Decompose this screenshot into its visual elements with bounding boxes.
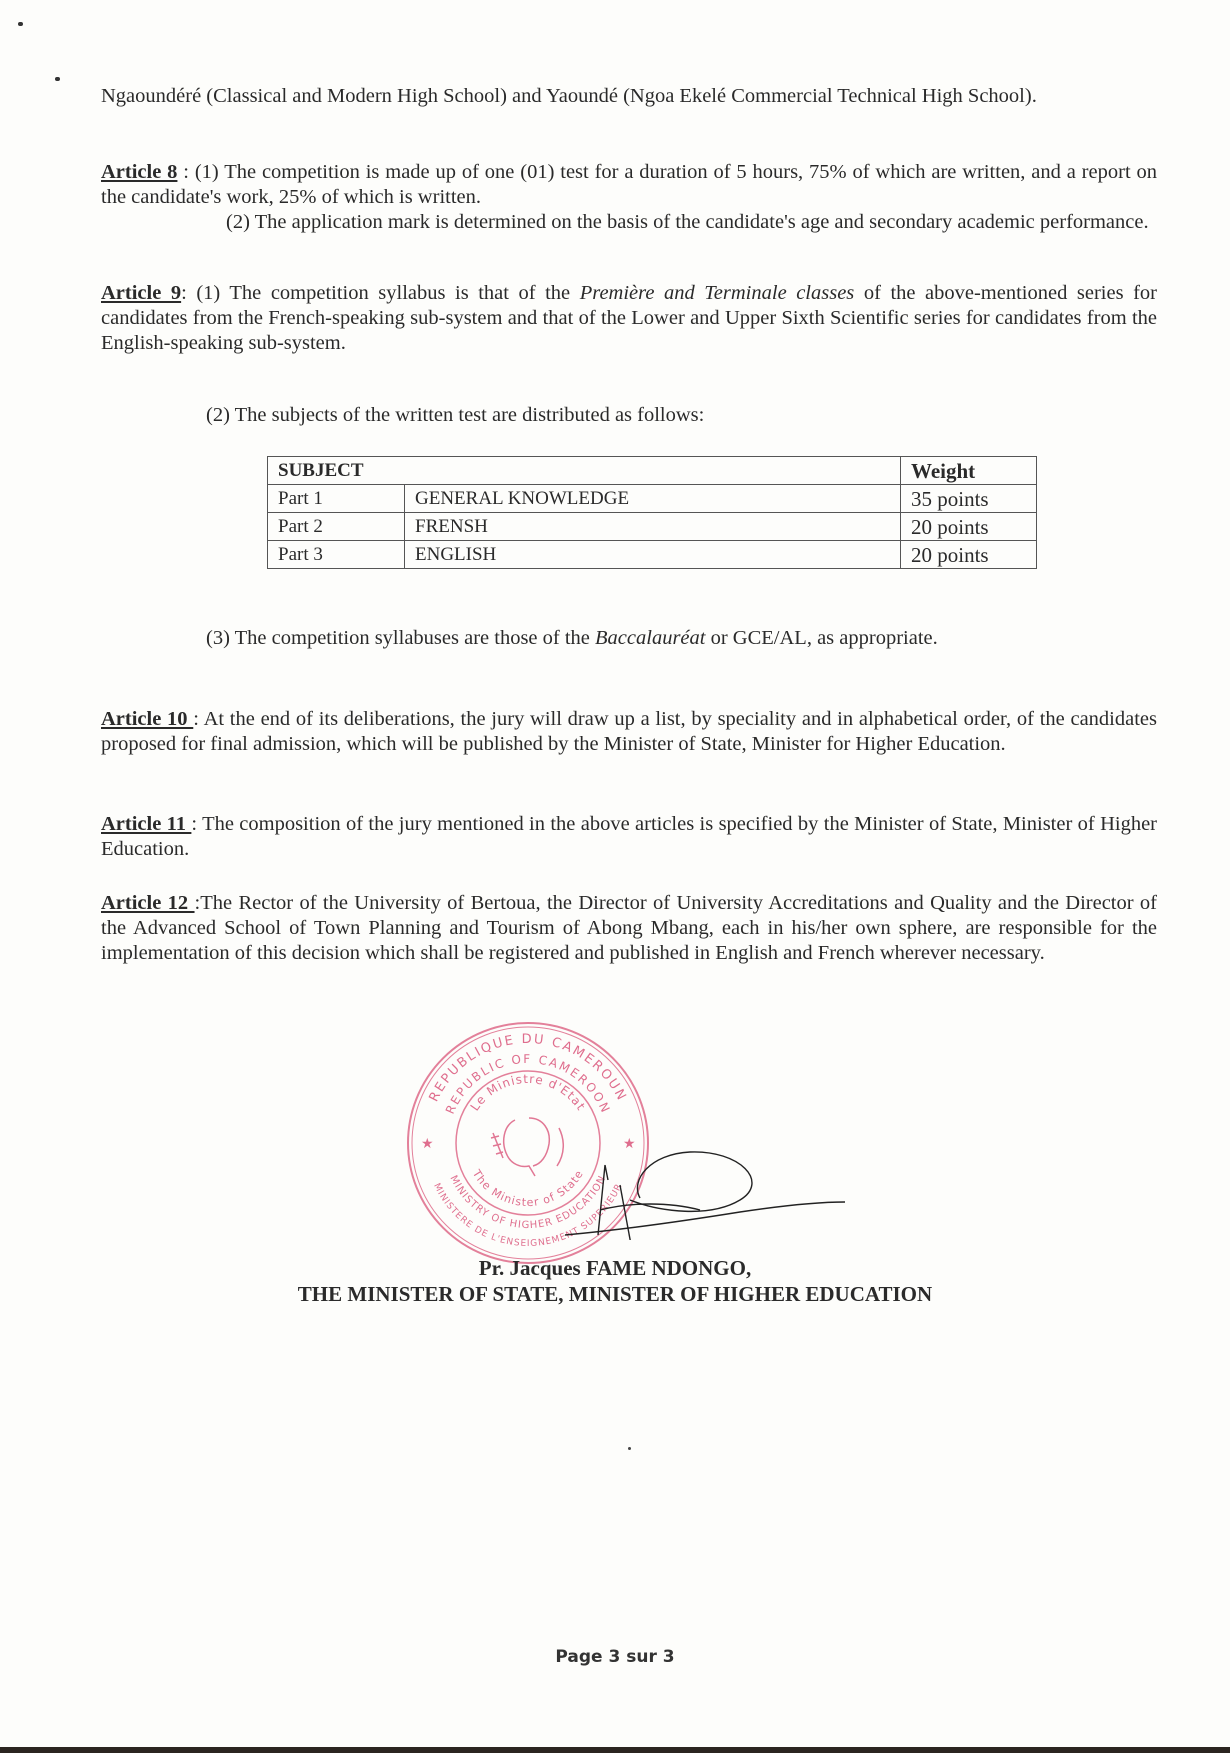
article-10-label: Article 10 xyxy=(101,708,193,730)
article-10: Article 10 : At the end of its deliberat… xyxy=(101,707,1157,757)
article-9-p3-block: (3) The competition syllabuses are those… xyxy=(101,626,1157,651)
article-8-sep: : xyxy=(177,161,194,183)
svg-text:★: ★ xyxy=(421,1136,436,1152)
signatory-block: Pr. Jacques FAME NDONGO, THE MINISTER OF… xyxy=(0,1255,1230,1307)
article-9-p3-italic: Baccalauréat xyxy=(595,627,705,649)
article-11-sep: : xyxy=(191,813,202,835)
article-8-label: Article 8 xyxy=(101,161,177,183)
scan-speck xyxy=(55,77,60,81)
article-9-p3-before: (3) The competition syllabuses are those… xyxy=(206,627,595,649)
table-row: Part 1 GENERAL KNOWLEDGE 35 points xyxy=(268,485,1037,513)
article-12-text: The Rector of the University of Bertoua,… xyxy=(101,892,1157,964)
row-subject: ENGLISH xyxy=(405,541,901,569)
row-weight: 35 points xyxy=(901,485,1037,513)
article-9-p2-block: (2) The subjects of the written test are… xyxy=(101,403,1157,428)
signatory-title: THE MINISTER OF STATE, MINISTER OF HIGHE… xyxy=(0,1281,1230,1307)
article-9-p3-after: or GCE/AL, as appropriate. xyxy=(705,627,937,649)
article-12: Article 12 :The Rector of the University… xyxy=(101,891,1157,966)
article-9-p1-before: (1) The competition syllabus is that of … xyxy=(196,282,579,304)
article-9: Article 9: (1) The competition syllabus … xyxy=(101,281,1157,356)
header-weight: Weight xyxy=(901,457,1037,485)
article-9-label: Article 9 xyxy=(101,282,181,304)
row-part: Part 2 xyxy=(268,513,405,541)
page-number: Page 3 sur 3 xyxy=(0,1647,1230,1667)
table-row: Part 2 FRENSH 20 points xyxy=(268,513,1037,541)
subjects-table: SUBJECT Weight Part 1 GENERAL KNOWLEDGE … xyxy=(267,456,1037,569)
header-subject: SUBJECT xyxy=(268,457,901,485)
article-9-sep: : xyxy=(181,282,196,304)
article-9-p1-italic: Première and Terminale classes xyxy=(580,282,855,304)
scan-edge xyxy=(0,1747,1230,1753)
article-8: Article 8 : (1) The competition is made … xyxy=(101,160,1157,235)
article-9-p2: (2) The subjects of the written test are… xyxy=(101,403,1157,428)
article-11-text: The composition of the jury mentioned in… xyxy=(101,813,1157,860)
article-11: Article 11 : The composition of the jury… xyxy=(101,812,1157,862)
signature-icon xyxy=(560,1140,850,1240)
row-part: Part 3 xyxy=(268,541,405,569)
table-row: Part 3 ENGLISH 20 points xyxy=(268,541,1037,569)
article-12-label: Article 12 xyxy=(101,892,195,914)
row-subject: FRENSH xyxy=(405,513,901,541)
signatory-name: Pr. Jacques FAME NDONGO, xyxy=(0,1255,1230,1281)
article-11-label: Article 11 xyxy=(101,813,191,835)
scan-speck xyxy=(18,22,23,26)
table-header-row: SUBJECT Weight xyxy=(268,457,1037,485)
row-weight: 20 points xyxy=(901,513,1037,541)
article-10-sep: : xyxy=(193,708,203,730)
intro-text: Ngaoundéré (Classical and Modern High Sc… xyxy=(101,84,1157,109)
intro-paragraph: Ngaoundéré (Classical and Modern High Sc… xyxy=(101,84,1157,109)
row-part: Part 1 xyxy=(268,485,405,513)
article-8-p2: (2) The application mark is determined o… xyxy=(101,210,1157,235)
scan-speck xyxy=(628,1447,631,1450)
article-10-text: At the end of its deliberations, the jur… xyxy=(101,708,1157,755)
article-8-p1: (1) The competition is made up of one (0… xyxy=(101,161,1157,208)
row-weight: 20 points xyxy=(901,541,1037,569)
row-subject: GENERAL KNOWLEDGE xyxy=(405,485,901,513)
